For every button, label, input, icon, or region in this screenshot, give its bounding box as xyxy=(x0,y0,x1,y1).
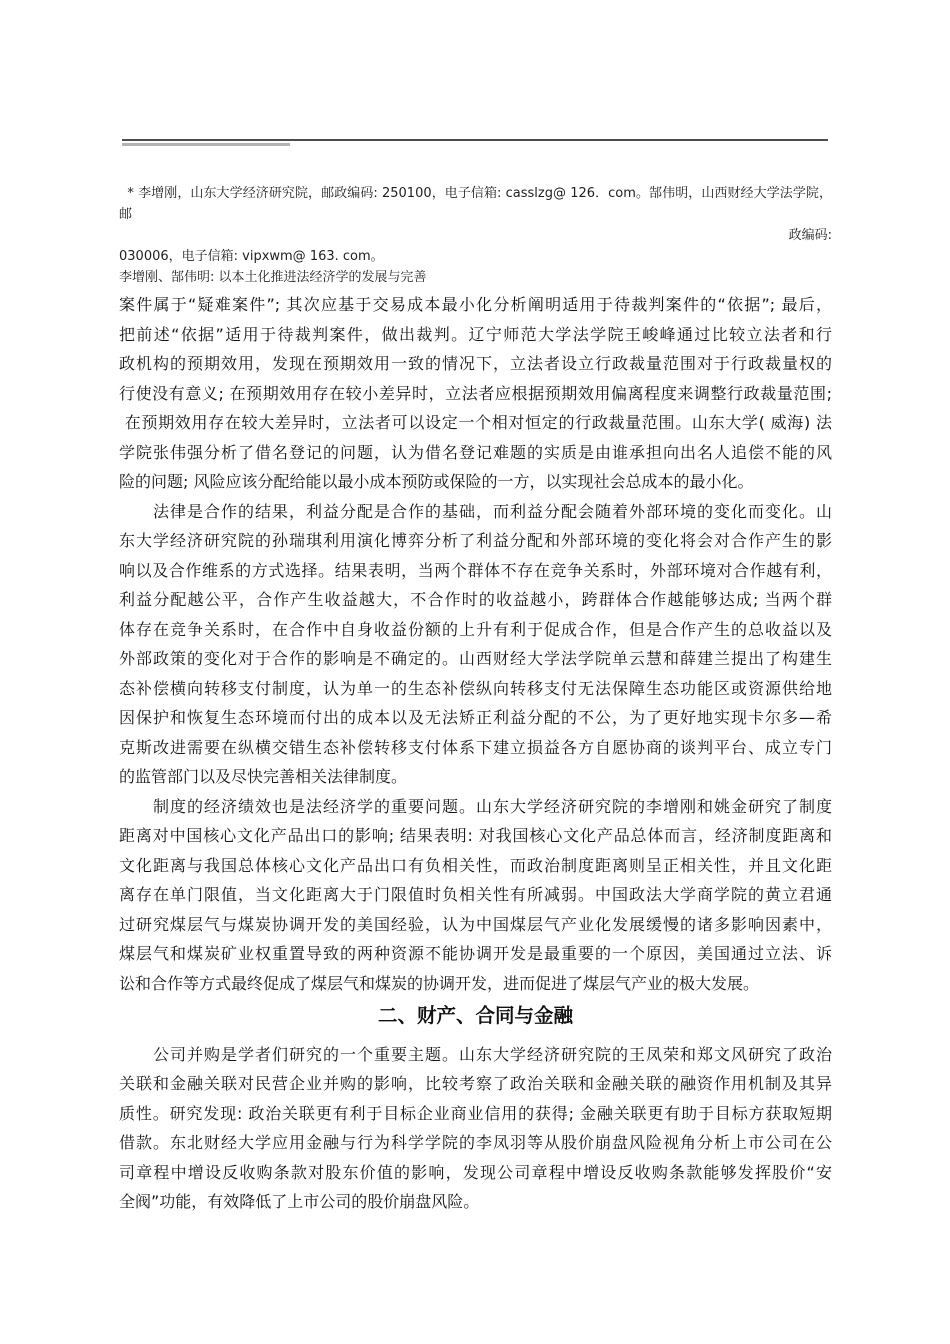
body-text-line: 东大学经济研究院的孙瑞琪利用演化博弈分析了利益分配和外部环境的变化将会对合作产生… xyxy=(119,526,832,556)
body-text-line: 因保护和恢复生态环境而付出的成本以及无法矫正利益分配的不公，为了更好地实现卡尔多… xyxy=(119,703,832,733)
body-text-line: 制度的经济绩效也是法经济学的重要问题。山东大学经济研究院的李增刚和姚金研究了制度 xyxy=(119,792,832,822)
body-paragraph: 公司并购是学者们研究的一个重要主题。山东大学经济研究院的王凤荣和郑文风研究了政治… xyxy=(119,1040,832,1217)
body-text-line: 态补偿横向转移支付制度，认为单一的生态补偿纵向转移支付无法保障生态功能区或资源供… xyxy=(119,674,832,704)
body-text-line: 克斯改进需要在纵横交错生态补偿转移支付体系下建立损益各方自愿协商的谈判平台、成立… xyxy=(119,733,832,763)
body-text-line: 利益分配越公平，合作产生收益越大，不合作时的收益越小，跨群体合作越能够达成; 当… xyxy=(119,585,832,615)
body-text-line: 外部政策的变化对于合作的影响是不确定的。山西财经大学法学院单云慧和薛建兰提出了构… xyxy=(119,644,832,674)
body-text-line: 案件属于“疑难案件”; 其次应基于交易成本最小化分析阐明适用于待裁判案件的“依据… xyxy=(119,290,832,320)
body-text-line: 借款。东北财经大学应用金融与行为科学学院的李凤羽等从股价崩盘风险视角分析上市公司… xyxy=(119,1128,832,1158)
document-page: * 李增刚，山东大学经济研究院，邮政编码: 250100，电子信箱: cassl… xyxy=(0,0,950,1344)
body-paragraph: 制度的经济绩效也是法经济学的重要问题。山东大学经济研究院的李增刚和姚金研究了制度… xyxy=(119,792,832,999)
body-text-line: 响以及合作维系的方式选择。结果表明，当两个群体不存在竞争关系时，外部环境对合作越… xyxy=(119,556,832,586)
body-text-line: 全阀”功能，有效降低了上市公司的股价崩盘风险。 xyxy=(119,1187,832,1217)
body-text-line: 体存在竞争关系时，在合作中自身收益份额的上升有利于促成合作，但是合作产生的总收益… xyxy=(119,615,832,645)
body-paragraph: 法律是合作的结果，利益分配是合作的基础，而利益分配会随着外部环境的变化而变化。山… xyxy=(119,497,832,792)
footnote-block: * 李增刚，山东大学经济研究院，邮政编码: 250100，电子信箱: cassl… xyxy=(119,183,832,288)
body-text-line: 政机构的预期效用，发现在预期效用一致的情况下，立法者设立行政裁量范围对于行政裁量… xyxy=(119,349,832,379)
footnote-line-1: * 李增刚，山东大学经济研究院，邮政编码: 250100，电子信箱: cassl… xyxy=(119,183,832,225)
body-text-line: 险的问题; 风险应该分配给能以最小成本预防或保险的一方，以实现社会总成本的最小化… xyxy=(119,467,832,497)
body-text-line: 离存在单门限值，当文化距离大于门限值时负相关性有所减弱。中国政法大学商学院的黄立… xyxy=(119,880,832,910)
running-title: 李增刚、郜伟明: 以本土化推进法经济学的发展与完善 xyxy=(119,267,832,288)
body-text-line: 煤层气和煤炭矿业权重置导致的两种资源不能协调开发是最重要的一个原因，美国通过立法… xyxy=(119,939,832,969)
body-text-line: 质性。研究发现: 政治关联更有利于目标企业商业信用的获得; 金融关联更有助于目标… xyxy=(119,1099,832,1129)
section-heading: 二、财产、合同与金融 xyxy=(119,1001,832,1031)
body-text-line: 法律是合作的结果，利益分配是合作的基础，而利益分配会随着外部环境的变化而变化。山 xyxy=(119,497,832,527)
footnote-separator-line xyxy=(122,143,290,146)
body-text-line: 在预期效用存在较大差异时，立法者可以设定一个相对恒定的行政裁量范围。山东大学( … xyxy=(119,408,832,438)
body-text-line: 公司并购是学者们研究的一个重要主题。山东大学经济研究院的王凤荣和郑文风研究了政治 xyxy=(119,1040,832,1070)
body-text-line: 讼和合作等方式最终促成了煤层气和煤炭的协调开发，进而促进了煤层气产业的极大发展。 xyxy=(119,969,832,999)
body-text-line: 的监管部门以及尽快完善相关法律制度。 xyxy=(119,762,832,792)
body-text-line: 把前述“依据”适用于待裁判案件，做出裁判。辽宁师范大学法学院王峻峰通过比较立法者… xyxy=(119,320,832,350)
footnote-line-3: 030006，电子信箱: vipxwm@ 163. com。 xyxy=(119,246,832,267)
top-rule-line xyxy=(122,139,828,141)
body-text-line: 行使没有意义; 在预期效用存在较小差异时，立法者应根据预期效用偏离程度来调整行政… xyxy=(119,379,832,409)
body-text-line: 过研究煤层气与煤炭协调开发的美国经验，认为中国煤层气产业化发展缓慢的诸多影响因素… xyxy=(119,910,832,940)
body-text-line: 文化距离与我国总体核心文化产品出口有负相关性，而政治制度距离则呈正相关性，并且文… xyxy=(119,851,832,881)
body-paragraph: 案件属于“疑难案件”; 其次应基于交易成本最小化分析阐明适用于待裁判案件的“依据… xyxy=(119,290,832,497)
body-text-line: 司章程中增设反收购条款对股东价值的影响，发现公司章程中增设反收购条款能够发挥股价… xyxy=(119,1158,832,1188)
body-text-line: 关联和金融关联对民营企业并购的影响，比较考察了政治关联和金融关联的融资作用机制及… xyxy=(119,1069,832,1099)
footnote-line-2: 政编码: xyxy=(119,225,832,246)
body-text-line: 距离对中国核心文化产品出口的影响; 结果表明: 对我国核心文化产品总体而言，经济… xyxy=(119,821,832,851)
body-text-line: 学院张伟强分析了借名登记的问题，认为借名登记难题的实质是由谁承担向出名人追偿不能… xyxy=(119,438,832,468)
body-content: 案件属于“疑难案件”; 其次应基于交易成本最小化分析阐明适用于待裁判案件的“依据… xyxy=(119,290,832,1217)
